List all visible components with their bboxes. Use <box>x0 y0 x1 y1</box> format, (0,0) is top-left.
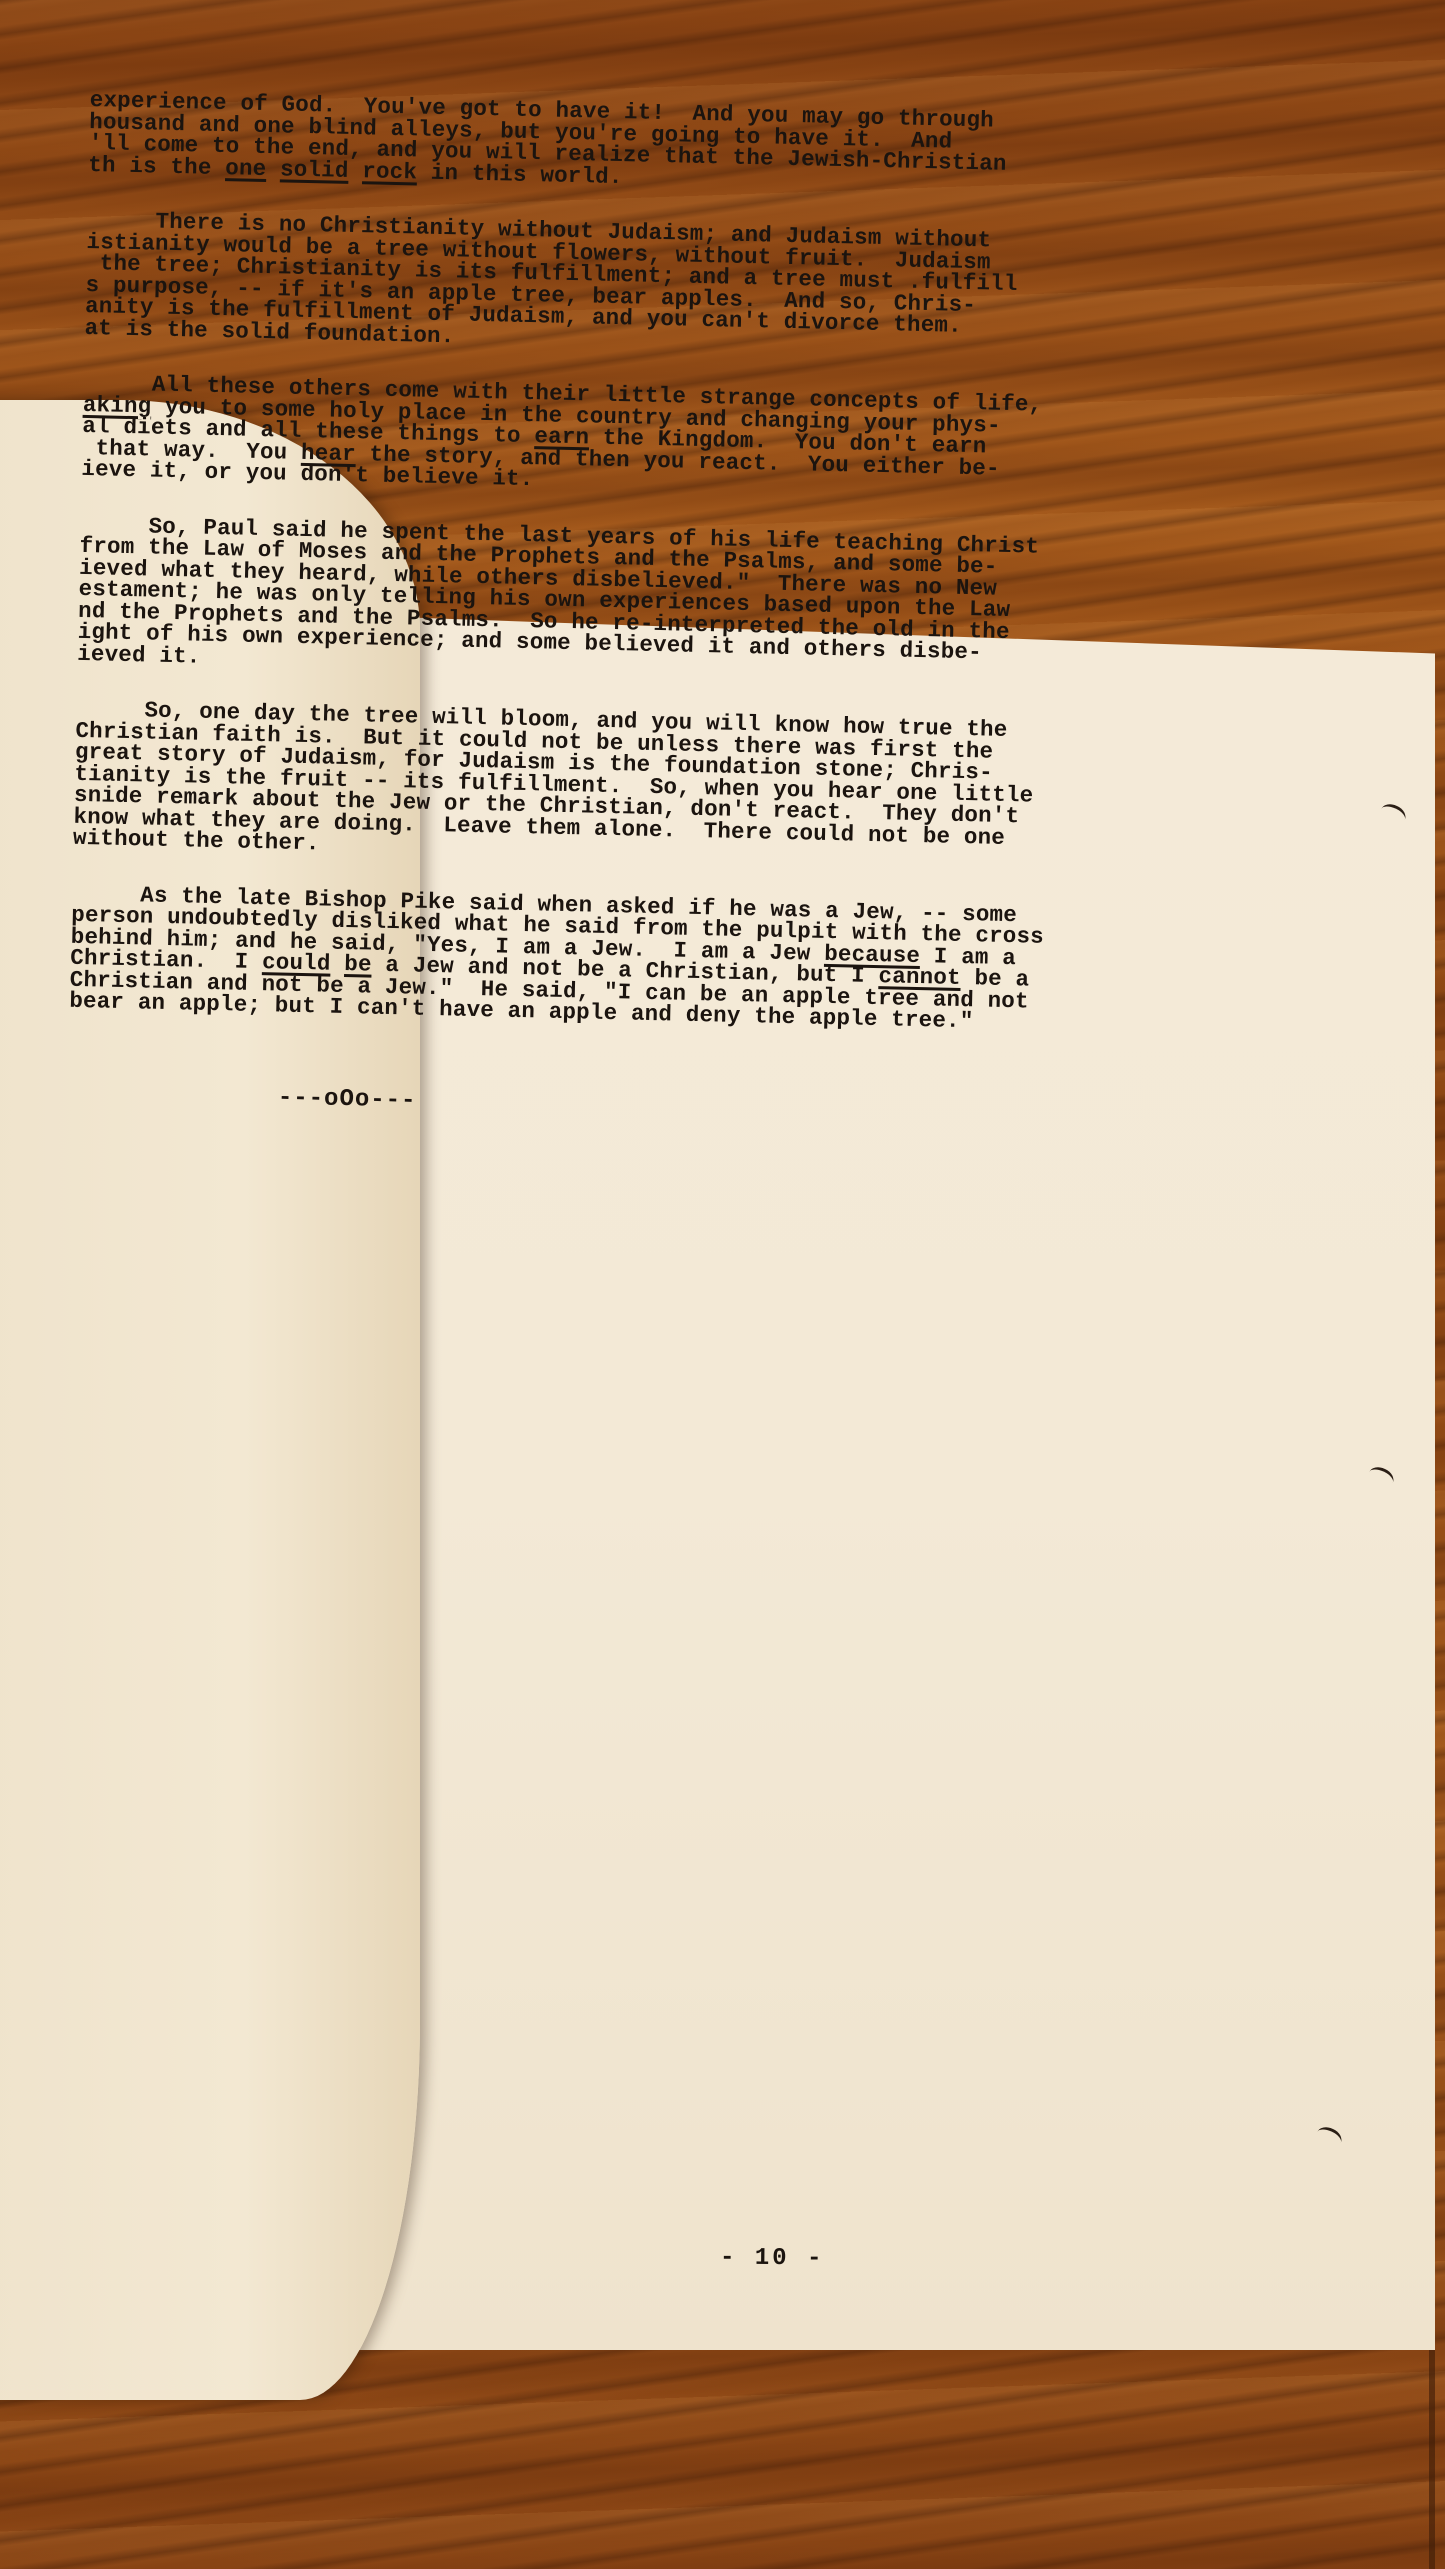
paragraph: So, one day the tree will bloom, and you… <box>73 699 1226 876</box>
paragraph: All these others come with their little … <box>81 373 1233 507</box>
text-segment: ieved it. <box>77 640 201 669</box>
paragraph: experience of God. You've got to have it… <box>88 90 1240 202</box>
text-segment <box>348 157 362 183</box>
underlined-word: one <box>225 155 267 182</box>
paragraphs: experience of God. You've got to have it… <box>69 90 1240 1038</box>
underlined-word: solid <box>280 156 349 184</box>
page-number: - 10 - <box>720 2245 825 2273</box>
text-segment <box>266 156 280 182</box>
paragraph: So, Paul said he spent the last years of… <box>77 514 1230 691</box>
text-segment: in this world. <box>417 159 623 190</box>
paragraph: As the late Bishop Pike said when asked … <box>69 883 1222 1038</box>
underlined-word: rock <box>362 158 417 185</box>
paragraph: There is no Christianity without Judaism… <box>84 210 1237 365</box>
text-segment: th is the <box>88 151 226 180</box>
typed-page-body: experience of God. You've got to have it… <box>67 90 1240 1130</box>
text-segment: without the other. <box>73 825 320 857</box>
